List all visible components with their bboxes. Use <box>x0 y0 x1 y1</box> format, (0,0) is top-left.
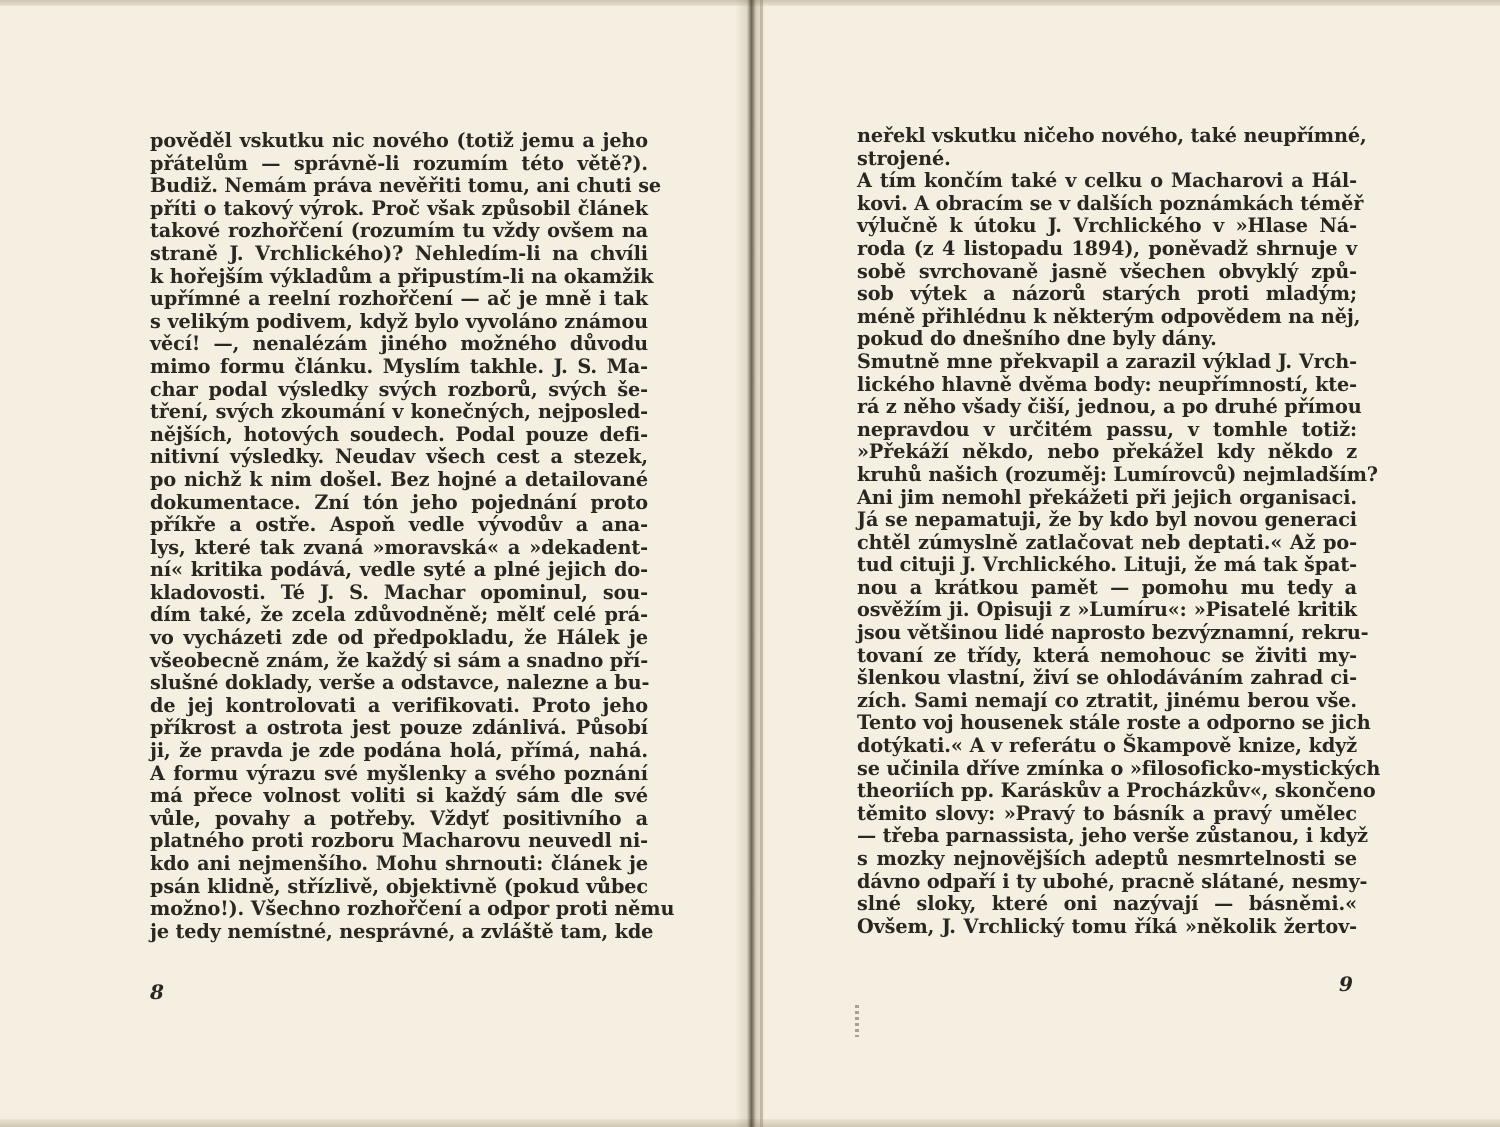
text-line: Ovšem, J. Vrchlický tomu říká »několik ž… <box>857 916 1357 939</box>
text-line: ji, že pravda je zde podána holá, přímá,… <box>150 740 648 763</box>
book-gutter-fold <box>760 0 763 1127</box>
text-line: nějších, hotových soudech. Podal pouze d… <box>150 424 648 447</box>
text-line: takové rozhořčení (rozumím tu vždy ovšem… <box>150 220 648 243</box>
left-page-number: 8 <box>150 980 164 1004</box>
right-page: neřekl vskutku ničeho nového, také neupř… <box>765 0 1500 1127</box>
text-line: ní« kritika podává, vedle syté a plné je… <box>150 559 648 582</box>
text-line: po nichž k nim došel. Bez hojné a detail… <box>150 469 648 492</box>
text-line: osvěžím ji. Opisuji z »Lumíru«: »Pisatel… <box>857 599 1357 622</box>
text-line: kruhů našich (rozuměj: Lumírovců) nejmla… <box>857 464 1357 487</box>
text-line: straně J. Vrchlického)? Nehledím-li na c… <box>150 243 648 266</box>
text-line: mimo formu článku. Myslím takhle. J. S. … <box>150 356 648 379</box>
text-line: kovi. A obracím se v dalších poznámkách … <box>857 193 1357 216</box>
text-line: A formu výrazu své myšlenky a svého pozn… <box>150 763 648 786</box>
text-line: je tedy nemístné, nesprávné, a zvláště t… <box>150 921 648 944</box>
text-line: šlenkou vlastní, živí se ohlodáváním zah… <box>857 667 1357 690</box>
text-line: dávno odpaří i ty ubohé, pracně slátané,… <box>857 871 1357 894</box>
text-line: kladovosti. Té J. S. Machar opominul, so… <box>150 582 648 605</box>
text-line: Já se nepamatuji, že by kdo byl novou ge… <box>857 509 1357 532</box>
text-line: věcí! —, nenalézám jiného možného důvodu <box>150 333 648 356</box>
text-line: psán klidně, střízlivě, objektivně (poku… <box>150 876 648 899</box>
text-line: tření, svých zkoumání v konečných, nejpo… <box>150 401 648 424</box>
text-line: nitivní výsledky. Neudav všech cest a st… <box>150 446 648 469</box>
text-line: neřekl vskutku ničeho nového, také neupř… <box>857 125 1357 148</box>
text-line: theoriích pp. Karáskův a Procházkův«, sk… <box>857 780 1357 803</box>
text-line: s mozky nejnovějších adeptů nesmrtelnost… <box>857 848 1357 871</box>
text-line: má přece volnost voliti si každý sám dle… <box>150 785 648 808</box>
book-spread: pověděl vskutku nic nového (totiž jemu a… <box>0 0 1500 1127</box>
text-line: slušné doklady, verše a odstavce, nalezn… <box>150 672 648 695</box>
text-line: Ani jim nemohl překážeti při jejich orga… <box>857 487 1357 510</box>
text-line: dokumentace. Zní tón jeho pojednání prot… <box>150 492 648 515</box>
text-line: char podal výsledky svých rozborů, svých… <box>150 379 648 402</box>
text-line: Tento voj housenek stále roste a odporno… <box>857 712 1357 735</box>
text-line: dím také, že zcela zdůvodněně; mělť celé… <box>150 604 648 627</box>
text-line: všeobecně znám, že každý si sám a snadno… <box>150 650 648 673</box>
text-line: chtěl zúmyslně zatlačovat neb deptati.« … <box>857 532 1357 555</box>
text-line: rá z něho všady čiší, jednou, a po druhé… <box>857 396 1357 419</box>
text-line: kdo ani nejmenšího. Mohu shrnouti: článe… <box>150 853 648 876</box>
text-line: nepravdou v určitém passu, v tomhle toti… <box>857 419 1357 442</box>
text-line: nou a krátkou pamět — pomohu mu tedy a <box>857 577 1357 600</box>
text-line: zích. Sami nemají co ztratit, jinému ber… <box>857 690 1357 713</box>
text-line: strojené. <box>857 148 1357 171</box>
text-line: sobě svrchovaně jasně všechen obvyklý zp… <box>857 261 1357 284</box>
text-line: tud cituji J. Vrchlického. Lituji, že má… <box>857 554 1357 577</box>
text-line: upřímné a reelní rozhořčení — ač je mně … <box>150 288 648 311</box>
text-line: přátelům — správně-li rozumím této větě?… <box>150 153 648 176</box>
text-line: jsou většinou lidé naprosto bezvýznamní,… <box>857 622 1357 645</box>
text-line: de jej kontrolovati a verifikovati. Prot… <box>150 695 648 718</box>
paper-blemish <box>855 1005 859 1037</box>
text-line: možno!). Všechno rozhořčení a odpor prot… <box>150 898 648 921</box>
text-line: A tím končím také v celku o Macharovi a … <box>857 170 1357 193</box>
text-line: vo vycházeti zde od předpokladu, že Hále… <box>150 627 648 650</box>
text-line: těmito slovy: »Pravý to básník a pravý u… <box>857 803 1357 826</box>
text-line: s velikým podivem, když bylo vyvoláno zn… <box>150 311 648 334</box>
text-line: Budiž. Nemám práva nevěřiti tomu, ani ch… <box>150 175 648 198</box>
text-line: sob výtek a názorů starých proti mladým; <box>857 283 1357 306</box>
text-line: méně přihlédnu k některým odpovědem na n… <box>857 306 1357 329</box>
text-line: příti o takový výrok. Proč však způsobil… <box>150 198 648 221</box>
left-page-body-text: pověděl vskutku nic nového (totiž jemu a… <box>150 130 648 943</box>
text-line: vůle, povahy a potřeby. Vždyť positivníh… <box>150 808 648 831</box>
text-line: příkře a ostře. Aspoň vedle vývodův a an… <box>150 514 648 537</box>
text-line: dotýkati.« A v referátu o Škampově knize… <box>857 735 1357 758</box>
text-line: pověděl vskutku nic nového (totiž jemu a… <box>150 130 648 153</box>
text-line: pokud do dnešního dne byly dány. <box>857 328 1357 351</box>
text-line: se učinila dříve zmínka o »filosoficko-m… <box>857 758 1357 781</box>
text-line: roda (z 4 listopadu 1894), poněvadž shrn… <box>857 238 1357 261</box>
text-line: platného proti rozboru Macharovu neuvedl… <box>150 830 648 853</box>
text-line: tovaní ze třídy, která nemohouc se živit… <box>857 645 1357 668</box>
right-page-body-text: neřekl vskutku ničeho nového, také neupř… <box>857 125 1357 938</box>
text-line: k hořejším výkladům a připustím-li na ok… <box>150 266 648 289</box>
text-line: lys, které tak zvaná »moravská« a »dekad… <box>150 537 648 560</box>
text-line: »Překáží někdo, nebo překážel kdy někdo … <box>857 441 1357 464</box>
text-line: — třeba parnassista, jeho verše zůstanou… <box>857 825 1357 848</box>
text-line: výlučně k útoku J. Vrchlického v »Hlase … <box>857 215 1357 238</box>
left-page: pověděl vskutku nic nového (totiž jemu a… <box>0 0 740 1127</box>
text-line: slné sloky, které oni nazývají — básněmi… <box>857 893 1357 916</box>
right-page-number: 9 <box>1339 972 1353 996</box>
text-line: Smutně mne překvapil a zarazil výklad J.… <box>857 351 1357 374</box>
text-line: příkrost a ostrota jest pouze zdánlivá. … <box>150 717 648 740</box>
text-line: lického hlavně dvěma body: neupřímností,… <box>857 374 1357 397</box>
